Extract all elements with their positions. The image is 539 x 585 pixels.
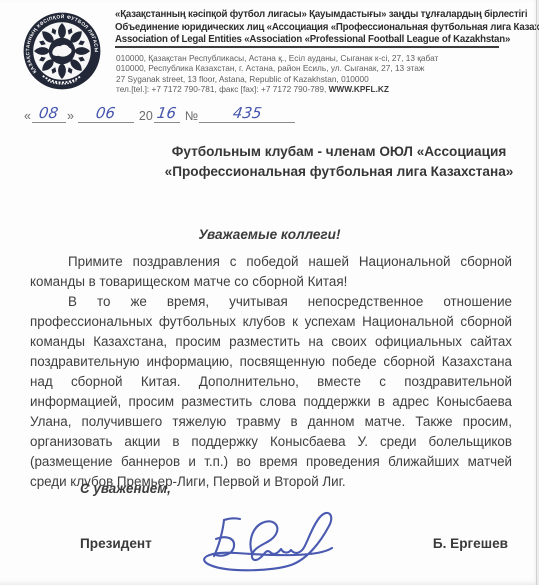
address-kazakh: 010000, Қазақстан Республикасы, Астана қ… xyxy=(116,53,536,63)
handwritten-signature xyxy=(186,506,354,578)
signer-name: Б. Ергешев xyxy=(433,536,508,551)
closing-regards: С уважением, xyxy=(80,481,171,496)
address-english: 27 Syganak street, 13 floor, Astana, Rep… xyxy=(116,74,536,84)
handwritten-number: 435 xyxy=(232,104,263,122)
signature-scribble-icon xyxy=(186,506,354,578)
ref-number-blank: 435 xyxy=(199,104,295,123)
body-paragraph-1: Примите поздравления с победой нашей Нац… xyxy=(30,252,512,292)
recipient-line-2: «Профессиональная футбольная лига Казахс… xyxy=(150,162,528,182)
letterhead-divider xyxy=(115,46,499,48)
org-name-russian: Объединение юридических лиц «Ассоциация … xyxy=(115,22,509,35)
org-name-kazakh: «Қазақстанның кәсіпқой футбол лигасы» Қа… xyxy=(115,9,509,22)
recipient-heading: Футбольным клубам - членам ОЮЛ «Ассоциац… xyxy=(150,142,528,182)
address-russian: 010000, Республика Казахстан, г. Астана,… xyxy=(116,63,536,73)
contact-line: тел.[tel.]: +7 7172 790-781, факс [fax]:… xyxy=(116,84,536,94)
date-day-blank: 08 xyxy=(32,104,66,123)
handwritten-day: 08 xyxy=(38,104,60,122)
quote-close: » xyxy=(67,109,74,123)
letterhead-org-names: «Қазақстанның кәсіпқой футбол лигасы» Қа… xyxy=(115,9,539,47)
date-year-blank: 16 xyxy=(154,104,180,123)
handwritten-year: 16 xyxy=(156,104,178,122)
handwritten-month: 06 xyxy=(95,104,117,122)
reference-date-row: «08»062016№435 xyxy=(24,104,295,123)
printed-century: 20 xyxy=(139,109,153,123)
signer-title: Президент xyxy=(80,536,152,551)
org-name-english: Association of Legal Entities «Associati… xyxy=(115,34,509,47)
recipient-line-1: Футбольным клубам - членам ОЮЛ «Ассоциац… xyxy=(150,142,528,162)
quote-open: « xyxy=(24,109,31,123)
logo-emblem-icon: ҚАЗАҚСТАННЫҢ КӘСІПҚОЙ ФУТБОЛ ЛИГАСЫ xyxy=(22,11,102,91)
pfl-kazakhstan-logo-icon: ҚАЗАҚСТАННЫҢ КӘСІПҚОЙ ФУТБОЛ ЛИГАСЫ xyxy=(22,11,102,91)
website-text: WWW.KPFL.KZ xyxy=(329,84,389,94)
phone-fax-text: тел.[tel.]: +7 7172 790-781, факс [fax]:… xyxy=(116,84,329,94)
body-paragraph-2: В то же время, учитывая непосредственное… xyxy=(30,292,512,492)
salutation: Уважаемые коллеги! xyxy=(0,227,539,242)
date-month-blank: 06 xyxy=(78,104,134,123)
number-sign: № xyxy=(185,109,198,123)
letterhead-address-block: 010000, Қазақстан Республикасы, Астана қ… xyxy=(116,53,536,95)
letter-document: ҚАЗАҚСТАННЫҢ КӘСІПҚОЙ ФУТБОЛ ЛИГАСЫ «Қаз… xyxy=(0,0,539,585)
letter-body: Примите поздравления с победой нашей Нац… xyxy=(30,252,512,492)
